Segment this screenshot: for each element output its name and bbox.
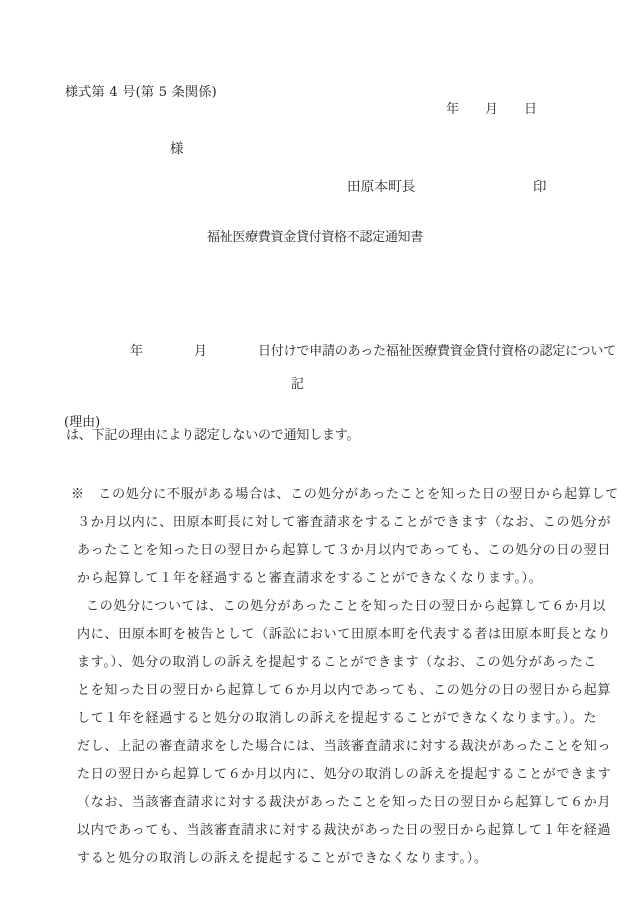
issue-date-blank: 年 月 日	[446, 102, 537, 118]
note-line: この処分については、この処分があったことを知った日の翌日から起算して６か月以	[71, 593, 619, 621]
note-line: 内に、田原本町を被告として（訴訟において田原本町を代表する者は田原本町長となり	[71, 621, 619, 649]
body-line: 年 月 日付けで申請のあった福祉医療費資金貸付資格の認定について	[66, 338, 616, 366]
note-line: して１年を経過すると処分の取消しの訴えを提起することができなくなります。）。た	[71, 705, 619, 733]
note-line: た日の翌日から起算して６か月以内に、処分の取消しの訴えを提起することができます	[71, 761, 619, 789]
appeal-note: ※ この処分に不服がある場合は、この処分があったことを知った日の翌日から起算して…	[71, 481, 619, 873]
note-line: すると処分の取消しの訴えを提起することができなくなります。）。	[71, 845, 619, 873]
body-paragraph: 年 月 日付けで申請のあった福祉医療費資金貸付資格の認定について は、下記の理由…	[66, 282, 616, 506]
document-page: 様式第 4 号(第 5 条関係) 年 月 日 様 田原本町長 印 福祉医療費資金…	[0, 0, 630, 915]
document-title: 福祉医療費資金貸付資格不認定通知書	[0, 230, 630, 246]
seal-placeholder: 印	[533, 179, 547, 196]
addressee-honorific: 様	[170, 141, 184, 158]
note-line: 以内であっても、当該審査請求に対する裁決があった日の翌日から起算して１年を経過	[71, 817, 619, 845]
note-line: ３か月以内に、田原本町長に対して審査請求をすることができます（なお、この処分が	[71, 509, 619, 537]
note-line: だし、上記の審査請求をした場合には、当該審査請求に対する裁決があったことを知っ	[71, 733, 619, 761]
note-line: ます。）、処分の取消しの訴えを提起することができます（なお、この処分があったこ	[71, 649, 619, 677]
note-line: ※ この処分に不服がある場合は、この処分があったことを知った日の翌日から起算して	[71, 481, 619, 509]
note-line: から起算して１年を経過すると審査請求をすることができなくなります。）。	[71, 565, 619, 593]
issuer-name: 田原本町長	[347, 179, 416, 196]
note-line: あったことを知った日の翌日から起算して３か月以内であっても、この処分の日の翌日	[71, 537, 619, 565]
form-number: 様式第 4 号(第 5 条関係)	[65, 85, 217, 101]
note-line: （なお、当該審査請求に対する裁決があったことを知った日の翌日から起算して６か月	[71, 789, 619, 817]
reason-label: (理由)	[64, 415, 100, 431]
record-marker: 記	[291, 377, 304, 393]
note-line: とを知った日の翌日から起算して６か月以内であっても、この処分の日の翌日から起算	[71, 677, 619, 705]
body-line: は、下記の理由により認定しないので通知します。	[66, 422, 616, 450]
